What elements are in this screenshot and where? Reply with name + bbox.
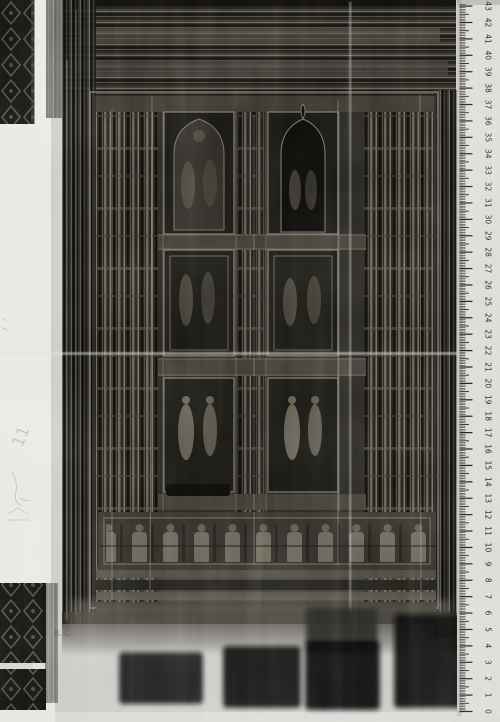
- ruler-number: 12: [484, 510, 493, 520]
- carved-panels: [164, 104, 338, 496]
- ruler-number: 39: [484, 67, 493, 77]
- ruler-number: 5: [484, 627, 493, 632]
- ruler-left-shade: [457, 0, 462, 716]
- ruler-number: 4: [484, 643, 493, 648]
- ruler-number: 1: [484, 693, 493, 698]
- ruler-number: 3: [484, 660, 493, 665]
- under-door-wash: [70, 600, 450, 646]
- panel-r2-c1: [164, 250, 234, 356]
- paper-background: [0, 0, 500, 722]
- ruler-face: [457, 0, 500, 716]
- door-rails: [96, 96, 434, 510]
- door-lintel: [62, 0, 456, 96]
- ruler-number: 20: [484, 379, 493, 389]
- ruler-number: 22: [484, 346, 493, 356]
- stile-center: [238, 108, 264, 572]
- ruler-number: 32: [484, 182, 493, 192]
- stile-right: [364, 98, 434, 604]
- ruler-number: 37: [484, 100, 493, 110]
- ruler-number: 21: [484, 362, 493, 372]
- panel-r1-c2: [268, 104, 338, 234]
- ruler-number: 10: [484, 543, 493, 553]
- ruler-number: 13: [484, 493, 493, 503]
- door-photograph: R. C. 11 0123456789101112131415161718192…: [0, 0, 500, 722]
- pencil-scribbles: [2, 318, 30, 520]
- noise-streaks: [0, 0, 500, 722]
- ruler-number: 19: [484, 395, 493, 405]
- ruler-number: 2: [484, 676, 493, 681]
- ruler-number: 25: [484, 297, 493, 307]
- ruler-number: 7: [484, 594, 493, 599]
- smudge-3: [305, 640, 380, 710]
- door-edge-left: [62, 0, 96, 624]
- ruler-number: 11: [484, 526, 493, 536]
- ruler-number: 31: [484, 198, 493, 208]
- ruler-number: 42: [484, 18, 493, 28]
- smudge-3-upper: [306, 608, 378, 652]
- door-ruler-gap-shadow: [448, 90, 458, 650]
- paper-bottom-edge: [0, 712, 500, 722]
- bottom-bands: [96, 570, 436, 614]
- door-inner-field: [92, 96, 436, 608]
- ruler-number: 36: [484, 116, 493, 126]
- horizontal-fold-crease: [0, 352, 500, 355]
- ruler-scale: 0123456789101112131415161718192021222324…: [460, 1, 493, 714]
- ruler-number: 30: [484, 215, 493, 225]
- ruler-number: 17: [484, 428, 493, 438]
- pencil-annotations: R. C. 11: [2, 318, 73, 638]
- panel-r1-c1: [164, 112, 234, 234]
- noise-blotch: [0, 0, 500, 722]
- panel-shelf: [166, 484, 230, 496]
- pencil-note-margin: 11: [8, 424, 33, 450]
- smudge-4: [394, 614, 476, 708]
- measuring-ruler: 0123456789101112131415161718192021222324…: [457, 0, 500, 716]
- bottom-frieze: [98, 512, 436, 570]
- ruler-number: 23: [484, 329, 493, 339]
- creases-and-scratches: [0, 2, 500, 620]
- ruler-number: 15: [484, 461, 493, 471]
- ruler-number: 33: [484, 165, 493, 175]
- noise-streaks-layer: [0, 0, 500, 722]
- ruler-number: 40: [484, 51, 493, 61]
- ruler-number: 18: [484, 411, 493, 421]
- binding-fabric-bottom-left: [0, 583, 58, 710]
- photograph-plate: R. C. 11 0123456789101112131415161718192…: [0, 0, 500, 722]
- ruler-number: 8: [484, 578, 493, 583]
- ruler-top-shade: [457, 0, 500, 5]
- ruler-number: 24: [484, 313, 493, 323]
- ruler-number: 35: [484, 133, 493, 143]
- frame-outline-outer: [90, 92, 438, 608]
- pencil-note-bottom: R. C.: [54, 628, 73, 638]
- ruler-number: 9: [484, 561, 493, 566]
- ruler-number: 0: [484, 709, 493, 714]
- bottom-ink-smudges: [119, 608, 476, 710]
- ruler-number: 41: [484, 34, 493, 44]
- ruler-number: 38: [484, 83, 493, 93]
- left-page-margin: [0, 0, 55, 722]
- ruler-number: 26: [484, 280, 493, 290]
- smudge-1: [119, 652, 203, 704]
- vertical-fold-crease: [349, 2, 351, 620]
- frame-outline-inner: [97, 99, 431, 601]
- noise-blotch-layer: [0, 0, 500, 722]
- noise-light-grain-layer: [0, 0, 500, 722]
- panel-r3-c2: [268, 378, 338, 492]
- ruler-number: 6: [484, 611, 493, 616]
- ruler-number: 43: [484, 1, 493, 11]
- ruler-number: 14: [484, 477, 493, 487]
- ruler-number: 27: [484, 264, 493, 274]
- door-edge-right: [434, 90, 456, 638]
- panel-seam-lines: [163, 112, 339, 572]
- door-left-shadow: [46, 0, 64, 118]
- panel-r2-c2: [268, 250, 338, 356]
- ruler-number: 28: [484, 247, 493, 257]
- door-bottom-fade: [62, 612, 456, 656]
- ruler-number: 16: [484, 444, 493, 454]
- noise-dark-grain: [0, 0, 500, 722]
- carved-door: [62, 0, 458, 656]
- noise-dark-grain-layer: [0, 0, 500, 722]
- binding-fabric-top-left: [0, 0, 35, 124]
- stile-left: [96, 98, 158, 604]
- smudge-2: [223, 646, 301, 708]
- noise-light-grain: [0, 0, 500, 722]
- ruler-number: 29: [484, 231, 493, 241]
- ruler-number: 34: [484, 149, 493, 159]
- panel-r3-c1: [164, 378, 234, 496]
